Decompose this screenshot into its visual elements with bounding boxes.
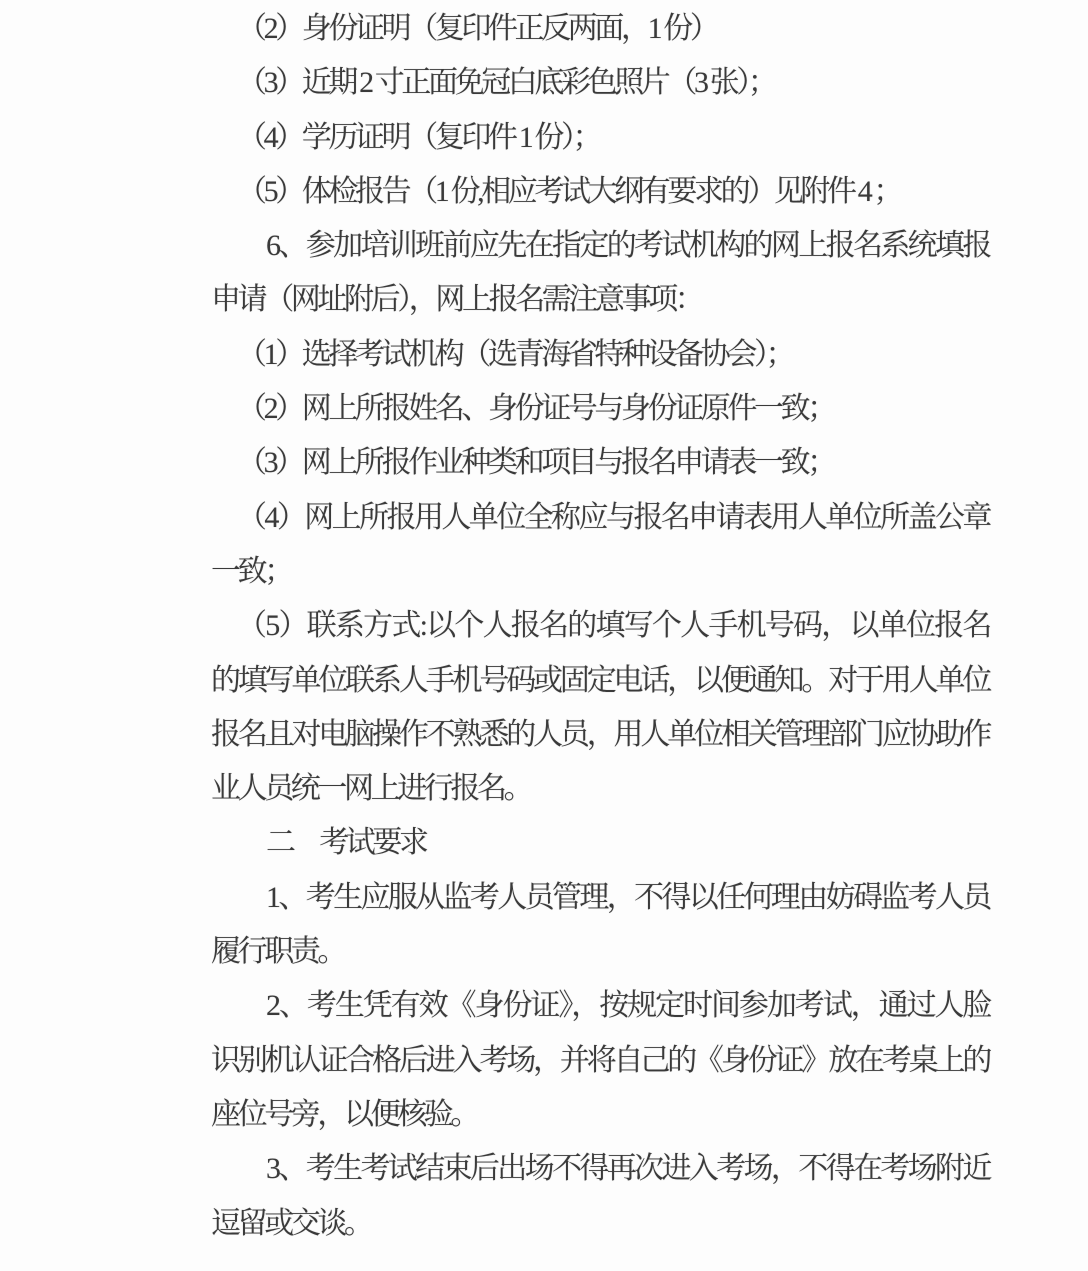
document-line: 3、考生考试结束后出场不得再次进入考场，不得在考场附近: [211, 1142, 989, 1196]
document-line: 6、参加培训班前应先在指定的考试机构的网上报名系统填报: [211, 219, 989, 273]
document-line: 逗留或交谈。: [211, 1197, 989, 1251]
document-line: （1）选择考试机构（选青海省特种设备协会）；: [211, 328, 989, 382]
document-line: 2、考生凭有效《身份证》，按规定时间参加考试，通过人脸: [211, 979, 989, 1033]
document-line: 履行职责。: [211, 925, 989, 979]
document-line: （5）联系方式:以个人报名的填写个人手机号码，以单位报名: [211, 599, 989, 653]
scanned-document-page: （2）身份证明（复印件正反两面，1 份）（3）近期 2 寸正面免冠白底彩色照片（…: [0, 0, 1088, 1271]
document-line: 座位号旁，以便核验。: [211, 1088, 989, 1142]
document-line: 一致；: [211, 545, 989, 599]
document-line: （2）身份证明（复印件正反两面，1 份）: [211, 2, 989, 56]
document-line: 业人员统一网上进行报名。: [211, 762, 989, 816]
document-line: （5）体检报告（1 份,相应考试大纲有要求的）见附件 4 ；: [211, 165, 989, 219]
document-line: （2）网上所报姓名、身份证号与身份证原件一致；: [211, 382, 989, 436]
document-text-block: （2）身份证明（复印件正反两面，1 份）（3）近期 2 寸正面免冠白底彩色照片（…: [211, 2, 989, 1251]
document-line: （3）近期 2 寸正面免冠白底彩色照片（3 张）；: [211, 56, 989, 110]
document-line: 的填写单位联系人手机号码或固定电话，以便通知。对于用人单位: [211, 654, 989, 708]
document-line: （4）网上所报用人单位全称应与报名申请表用人单位所盖公章: [211, 491, 989, 545]
document-line: 二 考试要求: [211, 816, 989, 870]
document-line: 1、考生应服从监考人员管理，不得以任何理由妨碍监考人员: [211, 871, 989, 925]
document-line: 申请（网址附后），网上报名需注意事项：: [211, 273, 989, 327]
document-line: 识别机认证合格后进入考场，并将自己的《身份证》放在考桌上的: [211, 1034, 989, 1088]
document-line: （3）网上所报作业种类和项目与报名申请表一致；: [211, 436, 989, 490]
document-line: 报名且对电脑操作不熟悉的人员，用人单位相关管理部门应协助作: [211, 708, 989, 762]
document-line: （4）学历证明（复印件 1 份）；: [211, 111, 989, 165]
